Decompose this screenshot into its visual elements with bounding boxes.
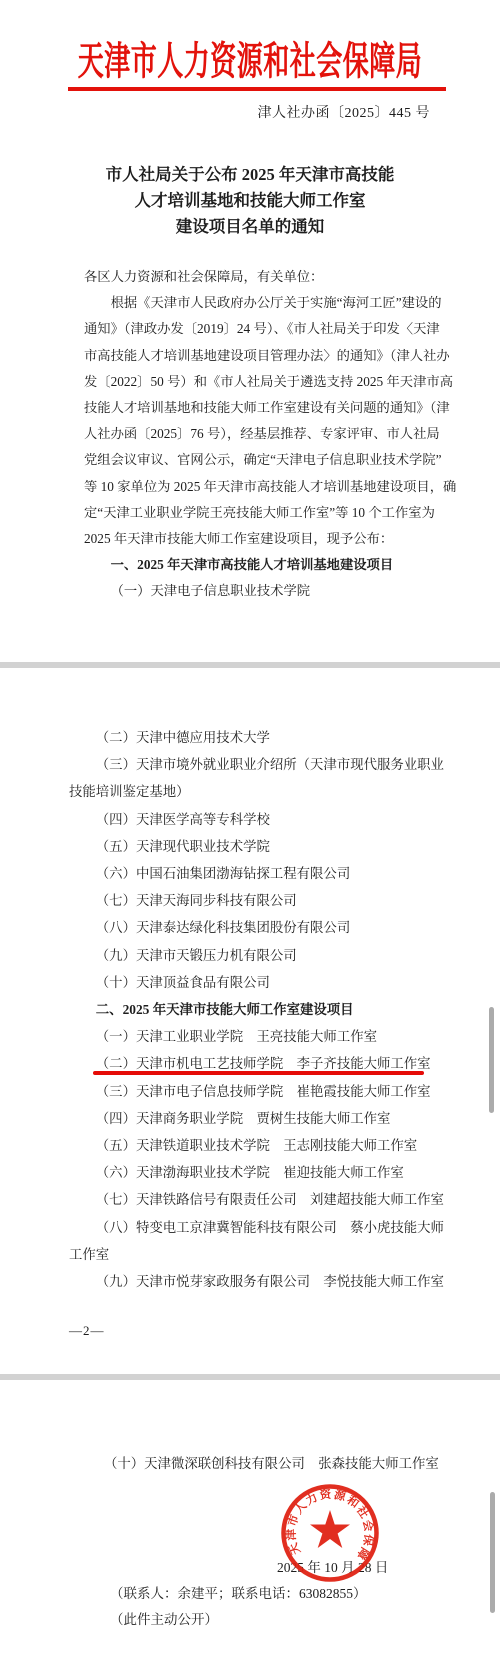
doc-line: 技能人才培训基地和技能大师工作室建设有关问题的通知》（津: [84, 395, 434, 421]
disclosure-line: （此件主动公开）: [110, 1608, 218, 1628]
doc-title: 市人社局关于公布 2025 年天津市高技能 人才培训基地和技能大师工作室 建设项…: [0, 162, 500, 240]
scrollbar-thumb[interactable]: [489, 1007, 494, 1113]
doc-line: （八）特变电工京津冀智能科技有限公司 蔡小虎技能大师: [69, 1214, 440, 1241]
doc-line: （九）天津市天锻压力机有限公司: [69, 942, 440, 969]
doc-line: （三）天津市境外就业职业介绍所（天津市现代服务业职业: [69, 751, 440, 778]
doc-line: 人社办函〔2025〕76 号），经基层推荐、专家评审、市人社局: [84, 421, 434, 447]
doc-line: 一、2025 年天津市高技能人才培训基地建设项目: [84, 552, 434, 578]
doc-line: 市高技能人才培训基地建设项目管理办法〉的通知》（津人社办: [84, 343, 434, 369]
doc-line: （十）天津顶益食品有限公司: [69, 969, 440, 996]
doc-line: （二）天津中德应用技术大学: [69, 724, 440, 751]
document-viewer: 天津市人力资源和社会保障局 津人社办函〔2025〕445 号 市人社局关于公布 …: [0, 0, 500, 1673]
page-1: 天津市人力资源和社会保障局 津人社办函〔2025〕445 号 市人社局关于公布 …: [0, 0, 500, 662]
page3-body: （十）天津微深联创科技有限公司 张森技能大师工作室: [104, 1450, 444, 1477]
doc-line: 根据《天津市人民政府办公厅关于实施“海河工匠”建设的: [84, 290, 434, 316]
doc-line: 通知》（津政办发〔2019〕24 号）、《市人社局关于印发〈天津: [84, 316, 434, 342]
doc-line: 2025 年天津市技能大师工作室建设项目，现予公布：: [84, 526, 434, 552]
doc-title-line-1: 市人社局关于公布 2025 年天津市高技能: [0, 162, 500, 188]
doc-line: 各区人力资源和社会保障局，有关单位：: [84, 264, 434, 290]
doc-line: 技能培训鉴定基地）: [69, 778, 440, 805]
org-name-header: 天津市人力资源和社会保障局: [0, 31, 500, 87]
header-red-rule: [68, 87, 446, 91]
doc-line: 工作室: [69, 1241, 440, 1268]
doc-line: （六）天津渤海职业技术学院 崔迎技能大师工作室: [69, 1159, 440, 1186]
page2-body: （二）天津中德应用技术大学（三）天津市境外就业职业介绍所（天津市现代服务业职业技…: [69, 724, 440, 1295]
doc-line: （四）天津商务职业学院 贾树生技能大师工作室: [69, 1105, 440, 1132]
doc-title-line-2: 人才培训基地和技能大师工作室: [0, 188, 500, 214]
doc-line: （九）天津市悦芽家政服务有限公司 李悦技能大师工作室: [69, 1268, 440, 1295]
official-seal-stamp: 天津市人力资源和社会保障局: [280, 1483, 380, 1583]
seal-star-icon: [310, 1510, 350, 1548]
doc-line: 定“天津工业职业学院王亮技能大师工作室”等 10 个工作室为: [84, 500, 434, 526]
doc-line: （三）天津市电子信息技师学院 崔艳霞技能大师工作室: [69, 1078, 440, 1105]
doc-line: （一）天津工业职业学院 王亮技能大师工作室: [69, 1023, 440, 1050]
page-3: （十）天津微深联创科技有限公司 张森技能大师工作室 2025 年 10 月 28…: [0, 1380, 500, 1673]
highlight-underline: [93, 1071, 424, 1075]
doc-line: 等 10 家单位为 2025 年天津市高技能人才培训基地建设项目，确: [84, 474, 434, 500]
doc-line: （十）天津微深联创科技有限公司 张森技能大师工作室: [104, 1450, 444, 1477]
doc-line: 党组会议审议、官网公示，确定“天津电子信息职业技术学院”: [84, 447, 434, 473]
doc-line: 二、2025 年天津市技能大师工作室建设项目: [69, 996, 440, 1023]
doc-line: （五）天津铁道职业技术学院 王志刚技能大师工作室: [69, 1132, 440, 1159]
doc-line: （五）天津现代职业技术学院: [69, 833, 440, 860]
doc-title-line-3: 建设项目名单的通知: [0, 214, 500, 240]
page-2: （二）天津中德应用技术大学（三）天津市境外就业职业介绍所（天津市现代服务业职业技…: [0, 668, 500, 1374]
doc-line: （一）天津电子信息职业技术学院: [84, 578, 434, 604]
doc-line: （七）天津天海同步科技有限公司: [69, 887, 440, 914]
contact-line: （联系人：余建平；联系电话：63082855）: [110, 1582, 367, 1602]
doc-line: （八）天津泰达绿化科技集团股份有限公司: [69, 914, 440, 941]
scrollbar-thumb[interactable]: [490, 1492, 495, 1613]
doc-number: 津人社办函〔2025〕445 号: [258, 102, 431, 122]
page-number: —2—: [69, 1323, 105, 1339]
doc-line: 发〔2022〕50 号）和《市人社局关于遴选支持 2025 年天津市高: [84, 369, 434, 395]
doc-line: （四）天津医学高等专科学校: [69, 806, 440, 833]
page1-body: 各区人力资源和社会保障局，有关单位：根据《天津市人民政府办公厅关于实施“海河工匠…: [84, 264, 434, 605]
doc-line: （七）天津铁路信号有限责任公司 刘建超技能大师工作室: [69, 1186, 440, 1213]
doc-line: （六）中国石油集团渤海钻探工程有限公司: [69, 860, 440, 887]
